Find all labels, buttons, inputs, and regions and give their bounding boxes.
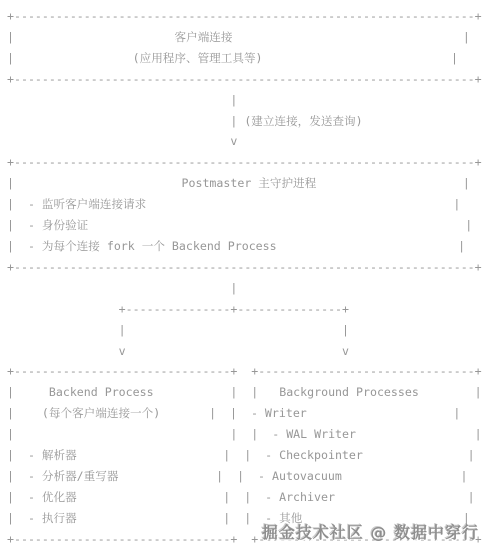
ascii-architecture-diagram: +---------------------------------------… — [0, 0, 487, 550]
diagram-canvas: +---------------------------------------… — [0, 0, 487, 550]
watermark-label: 掘金技术社区 @ 数据中穿行 — [262, 520, 479, 543]
